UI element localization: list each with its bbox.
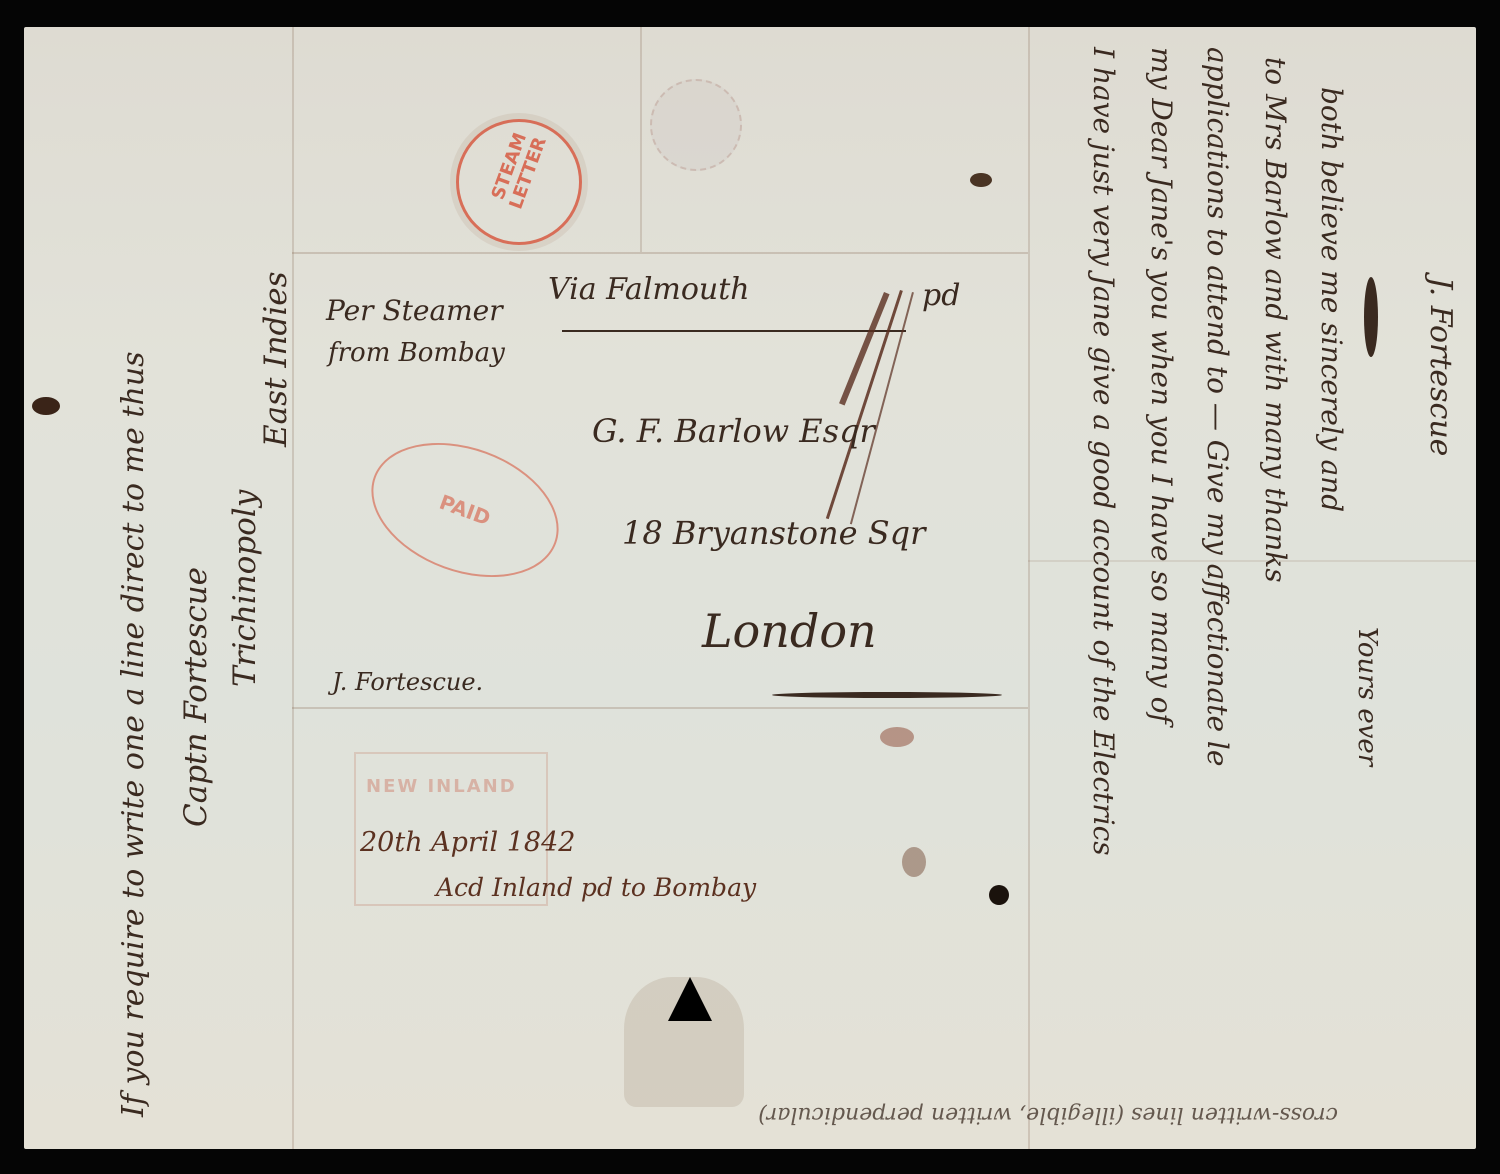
ink-spot [970, 173, 992, 187]
route-line-2: from Bombay [328, 338, 505, 368]
stain-spot-2 [902, 847, 926, 877]
cross-writing-text: cross-written lines (illegible, written … [758, 1102, 1338, 1127]
right-panel-line-4: to Mrs Barlow and with many thanks [1259, 57, 1292, 583]
right-panel-line-6: Yours ever [1352, 627, 1382, 766]
letter-sheet: If you require to write one a line direc… [24, 27, 1476, 1149]
sender-signature: J. Fortescue. [332, 668, 483, 696]
paid-abbrev: pd [922, 278, 960, 313]
signature-flourish [1364, 277, 1378, 357]
via-underline [562, 330, 906, 332]
seal-tear-hole [668, 977, 712, 1021]
postmark-oval-text: PAID [436, 490, 493, 530]
left-panel-line-2: Captn Fortescue [178, 567, 214, 827]
right-panel: I have just very Jane give a good accoun… [1028, 27, 1476, 1149]
cross-writing: cross-written lines (illegible, written … [1038, 727, 1338, 1127]
manuscript-rate-stroke-3 [850, 292, 914, 524]
addressee-city: London [702, 604, 877, 658]
addressee-name: G. F. Barlow Esqr [592, 412, 875, 450]
city-underline [772, 692, 1002, 698]
ink-blot [32, 397, 60, 415]
docket-date: 20th April 1842 [360, 827, 575, 858]
left-panel-line-1: If you require to write one a line direc… [116, 352, 151, 1117]
docket-note: Acd Inland pd to Bombay [436, 873, 756, 902]
stain-spot-1 [880, 727, 914, 747]
route-line-1: Per Steamer [326, 294, 503, 327]
left-panel: If you require to write one a line direc… [24, 27, 292, 1149]
right-panel-line-2: my Dear Jane's you when you I have so ma… [1145, 47, 1178, 724]
right-panel-signature: J. Fortescue [1423, 277, 1458, 456]
postmark-oval: PAID [353, 419, 578, 602]
left-panel-line-4: East Indies [258, 271, 294, 447]
left-panel-line-3: Trichinopoly [227, 490, 263, 687]
fold-line-bottom [292, 707, 1028, 709]
manuscript-rate-stroke-1 [826, 290, 903, 519]
ink-hole [989, 885, 1009, 905]
right-panel-line-5: both believe me sincerely and [1315, 87, 1348, 512]
address-panel: Per Steamer from Bombay Via Falmouth pd … [292, 252, 1028, 707]
postmark-circular: STEAM LETTER [456, 119, 582, 245]
seal-impression [650, 79, 742, 171]
right-panel-line-3: applications to attend to — Give my affe… [1201, 47, 1234, 766]
via-line: Via Falmouth [548, 272, 750, 307]
postmark-boxed-text: NEW INLAND [366, 776, 536, 797]
fold-line-top-center [640, 27, 642, 252]
addressee-street: 18 Bryanstone Sqr [622, 514, 925, 552]
